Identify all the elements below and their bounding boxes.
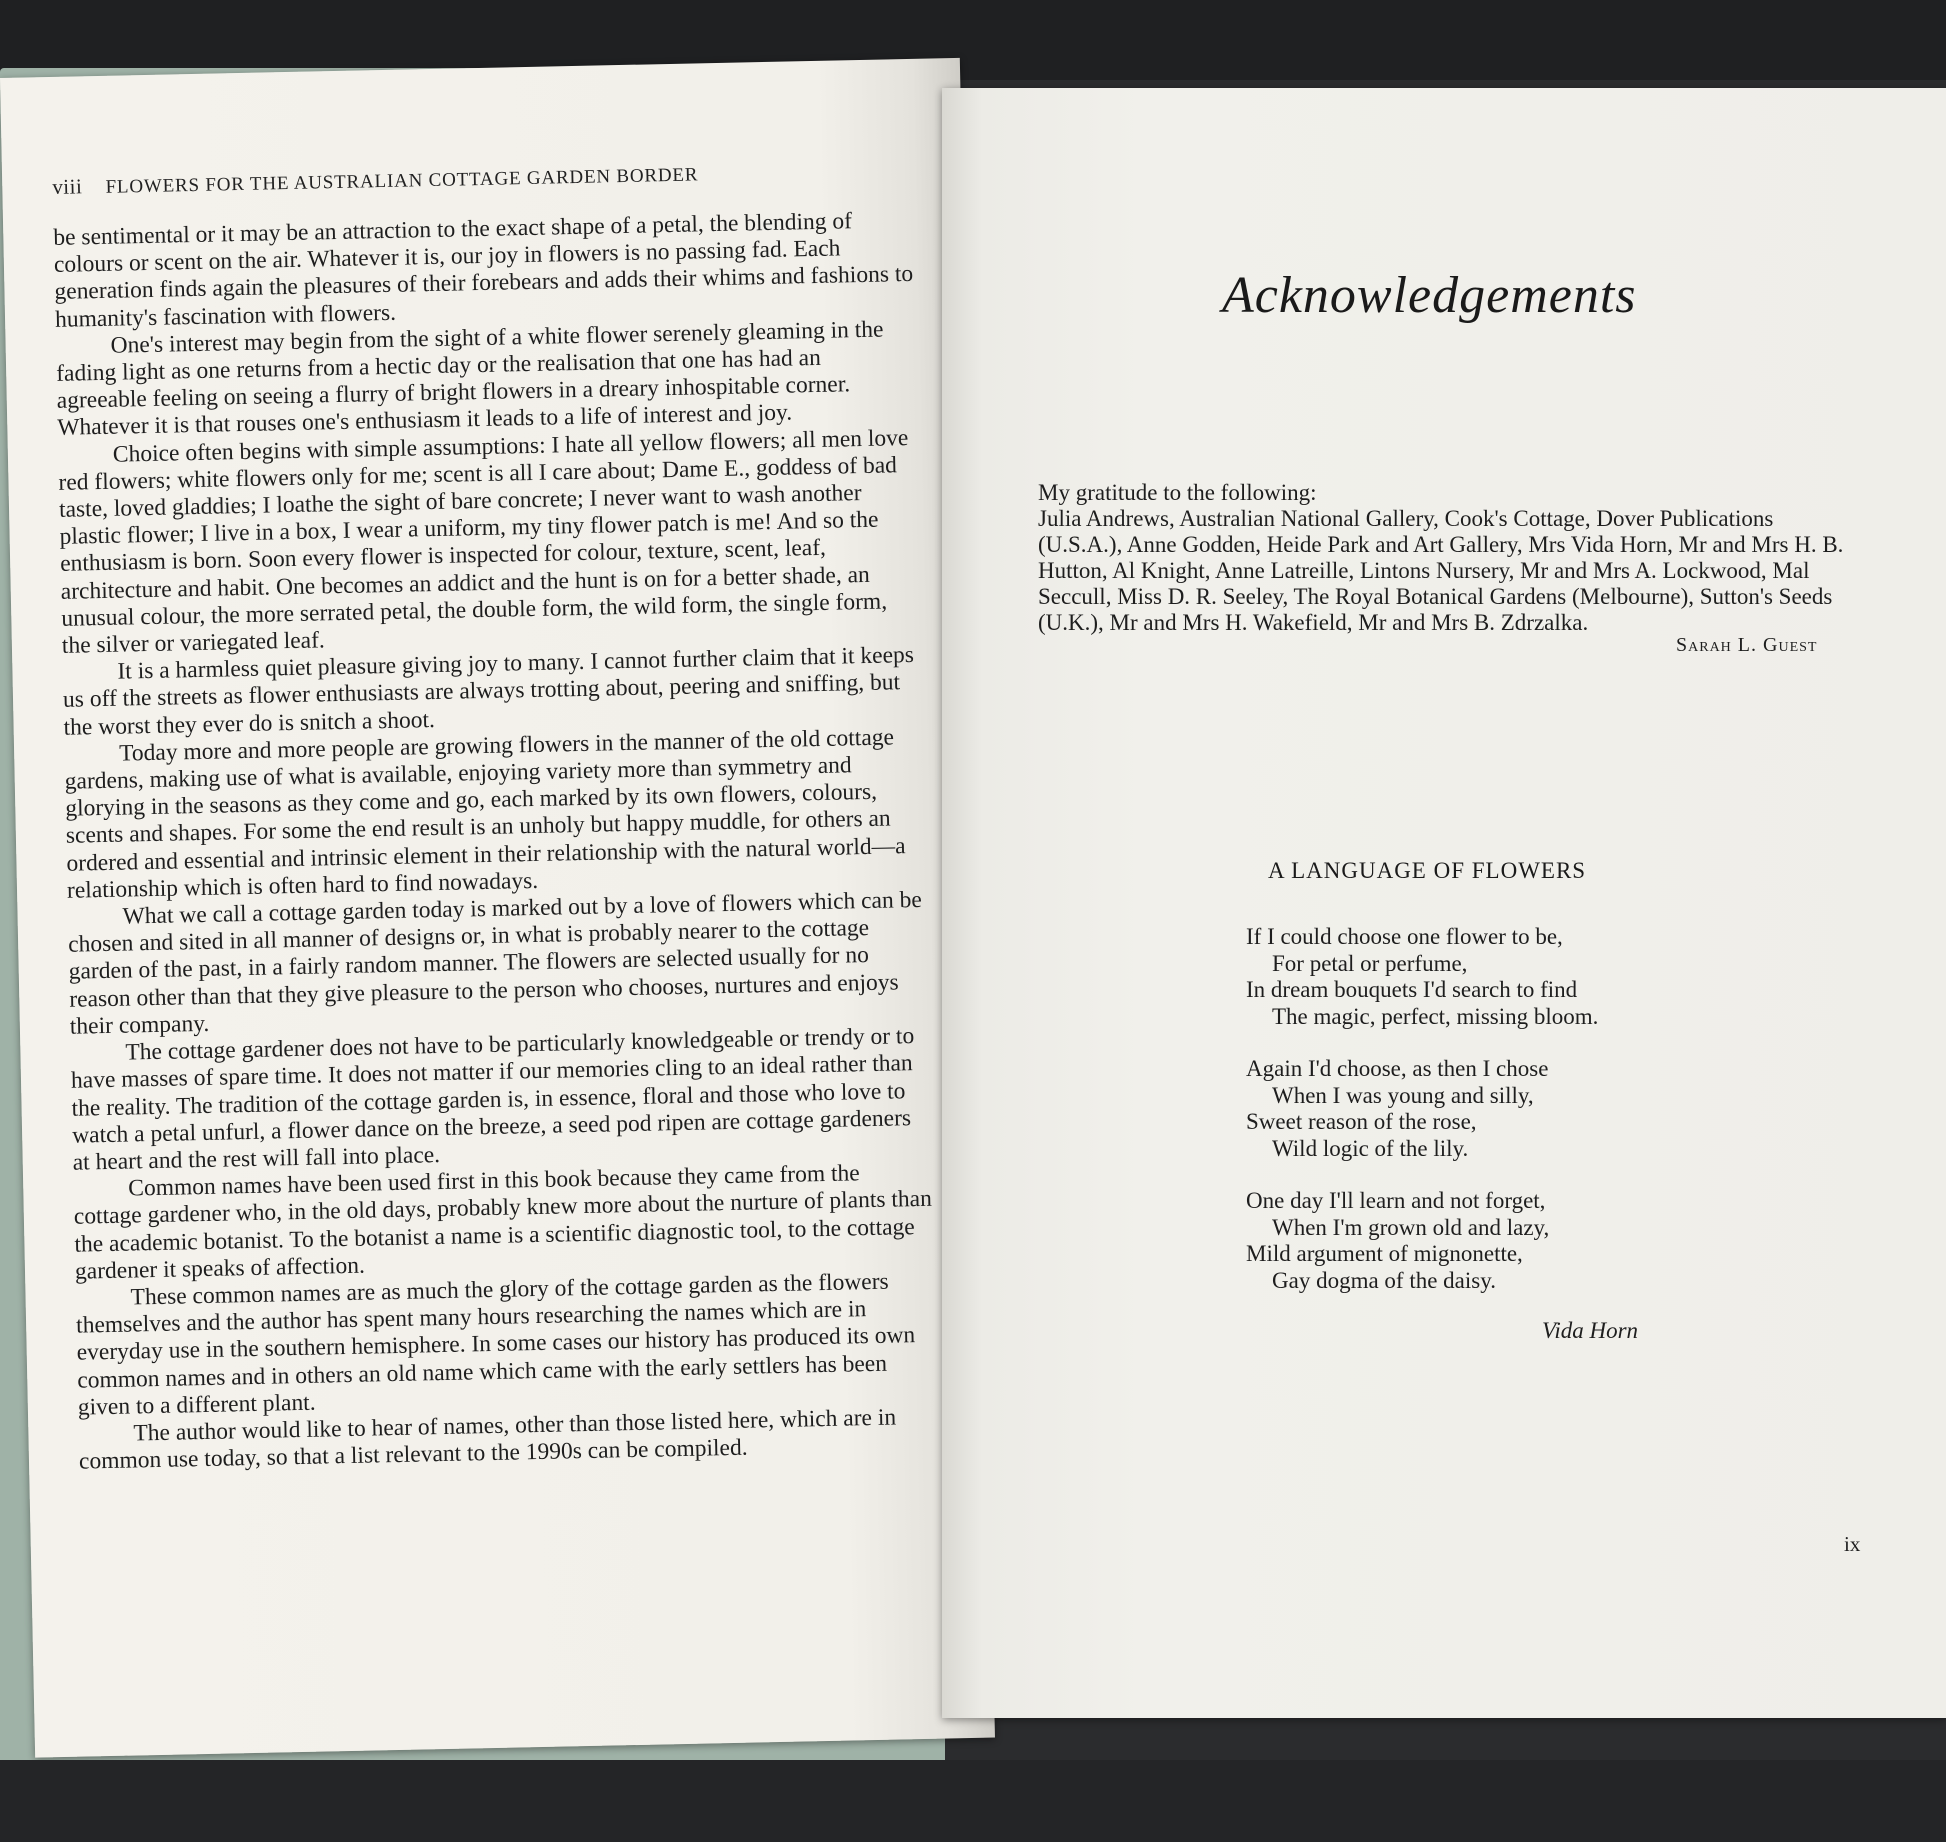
- poem-line: Mild argument of mignonette,: [1246, 1241, 1598, 1268]
- body-text: be sentimental or it may be an attractio…: [53, 207, 939, 1476]
- poem-line: Sweet reason of the rose,: [1246, 1109, 1598, 1136]
- acknowledgements-title: Acknowledgements: [1222, 266, 1637, 325]
- poem-line: Gay dogma of the daisy.: [1246, 1268, 1598, 1295]
- paragraph: Choice often begins with simple assumpti…: [58, 424, 922, 660]
- poem-line: When I'm grown old and lazy,: [1246, 1215, 1598, 1242]
- poem-title: A LANGUAGE OF FLOWERS: [1268, 858, 1586, 884]
- poem-line: Again I'd choose, as then I chose: [1246, 1056, 1598, 1083]
- running-head: viii FLOWERS FOR THE AUSTRALIAN COTTAGE …: [52, 161, 698, 200]
- poem-line: If I could choose one flower to be,: [1246, 924, 1598, 951]
- paragraph: What we call a cottage garden today is m…: [67, 887, 930, 1041]
- poem: If I could choose one flower to be, For …: [1246, 924, 1598, 1320]
- background-bottom: [0, 1760, 1946, 1842]
- poem-stanza: If I could choose one flower to be, For …: [1246, 924, 1598, 1030]
- poem-stanza: One day I'll learn and not forget, When …: [1246, 1188, 1598, 1294]
- left-page: viii FLOWERS FOR THE AUSTRALIAN COTTAGE …: [0, 58, 995, 1758]
- poem-line: The magic, perfect, missing bloom.: [1246, 1004, 1598, 1031]
- poem-line: One day I'll learn and not forget,: [1246, 1188, 1598, 1215]
- paragraph: The cottage gardener does not have to be…: [70, 1023, 933, 1177]
- paragraph: be sentimental or it may be an attractio…: [53, 207, 915, 334]
- running-head-title: FLOWERS FOR THE AUSTRALIAN COTTAGE GARDE…: [105, 164, 698, 197]
- paragraph: Today more and more people are growing f…: [64, 724, 927, 905]
- poem-line: Wild logic of the lily.: [1246, 1136, 1598, 1163]
- poem-line: When I was young and silly,: [1246, 1083, 1598, 1110]
- gratitude-intro: My gratitude to the following:: [1038, 480, 1853, 506]
- acknowledgements-body: My gratitude to the following: Julia And…: [1038, 480, 1853, 636]
- poem-stanza: Again I'd choose, as then I chose When I…: [1246, 1056, 1598, 1162]
- paragraph: One's interest may begin from the sight …: [55, 316, 917, 443]
- poem-line: For petal or perfume,: [1246, 951, 1598, 978]
- signature: Sarah L. Guest: [1676, 634, 1817, 657]
- paragraph: These common names are as much the glory…: [75, 1268, 938, 1422]
- page-number-right: ix: [1844, 1532, 1860, 1557]
- poem-line: In dream bouquets I'd search to find: [1246, 977, 1598, 1004]
- poem-author: Vida Horn: [1542, 1318, 1638, 1344]
- right-page: [942, 88, 1946, 1718]
- paragraph: Common names have been used first in thi…: [73, 1159, 935, 1286]
- page-number-left: viii: [52, 174, 83, 199]
- gratitude-list: Julia Andrews, Australian National Galle…: [1038, 506, 1853, 636]
